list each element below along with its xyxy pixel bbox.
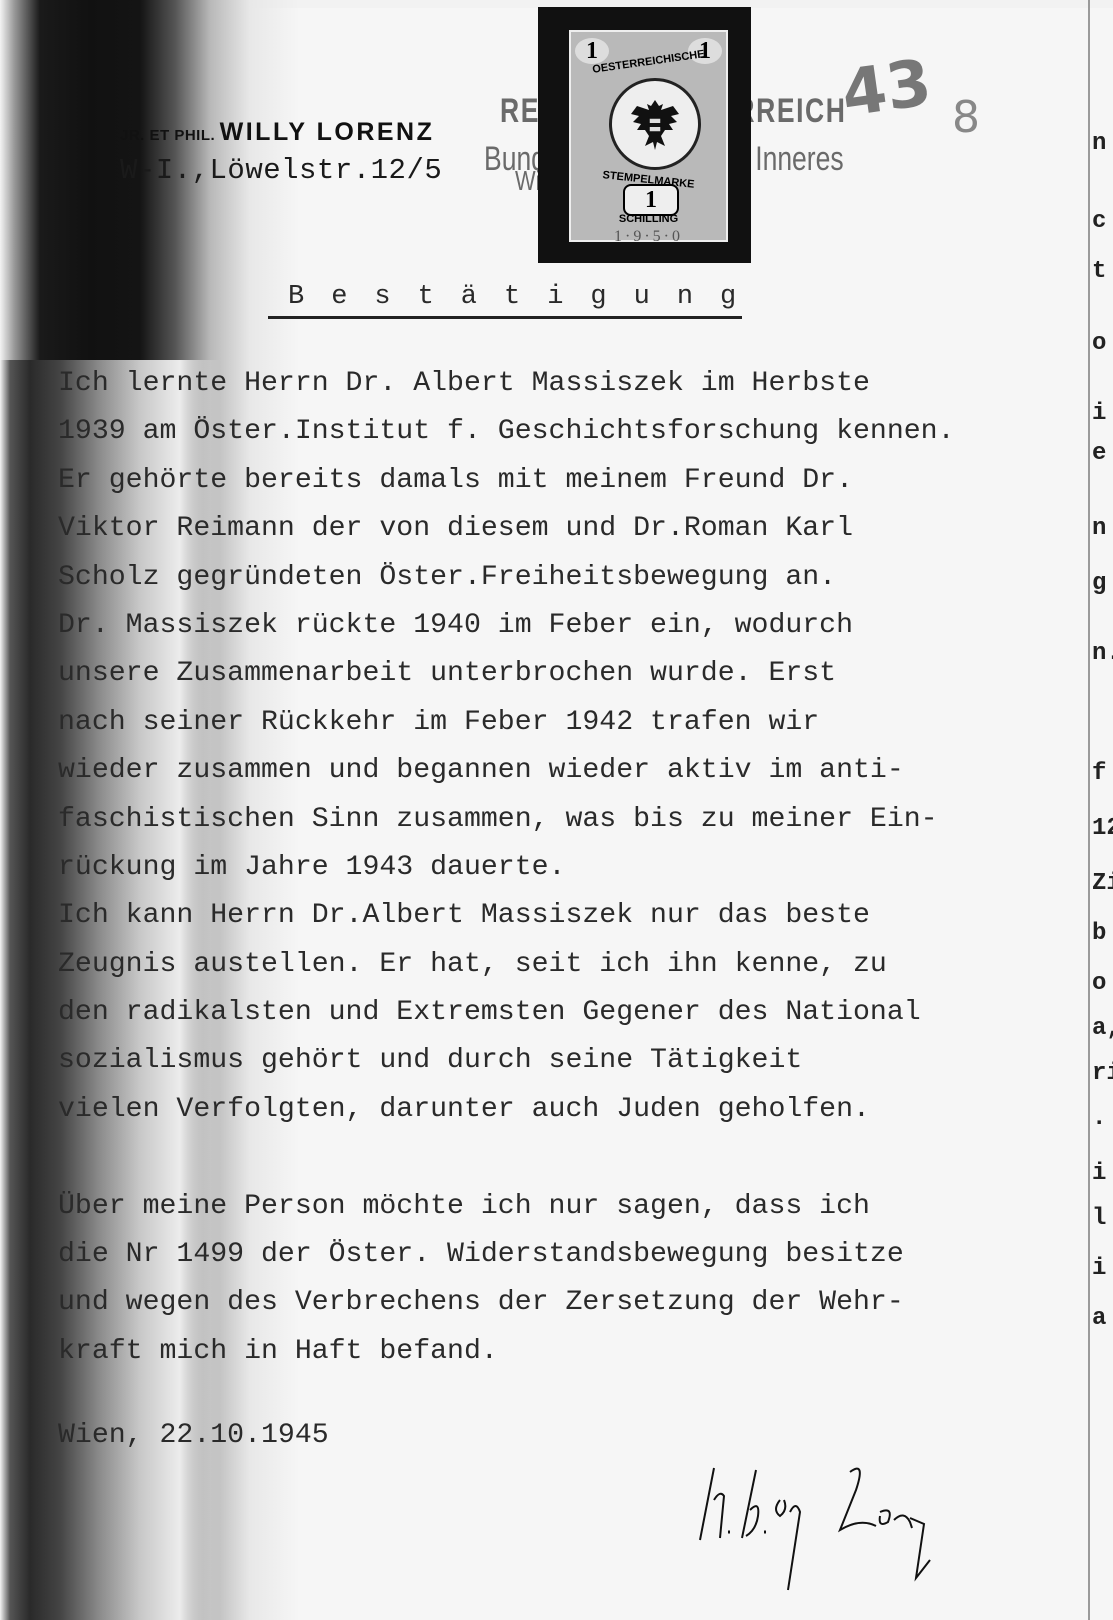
adjacent-page-char: o [1092,970,1106,997]
adjacent-page-char: o [1092,330,1106,357]
signature-icon [680,1460,980,1600]
text-line: Ich lernte Herrn Dr. Albert Massiszek im… [58,360,955,408]
letterhead-address: W-I.,Löwelstr.12/5 [120,154,442,187]
text-line: kraft mich in Haft befand. [58,1328,955,1376]
adjacent-page-char: i [1092,1160,1106,1187]
austrian-eagle-icon [627,94,683,154]
place-and-date: Wien, 22.10.1945 [58,1420,329,1451]
text-line: die Nr 1499 der Öster. Widerstandsbewegu… [58,1231,955,1279]
adjacent-page-char: i [1092,400,1106,427]
adjacent-page-char: e [1092,440,1106,467]
adjacent-page-char: 12 [1092,815,1113,842]
revenue-stamp-value: 1 [623,184,679,216]
text-line: Viktor Reimann der von diesem und Dr.Rom… [58,505,955,553]
adjacent-page-fragments: nctoiengn.f12Ziboa,ri.ilia [1092,0,1113,1620]
adjacent-page-char: f [1092,760,1106,787]
handwritten-page-number: 8 [952,92,980,143]
text-line: Zeugnis austellen. Er hat, seit ich ihn … [58,941,955,989]
page-edge-divider [1088,0,1090,1620]
adjacent-page-char: n [1092,515,1106,542]
revenue-stamp: 1 1 OESTERREICHISCHE STEMPELMARKE 1 SCHI… [541,10,748,260]
text-line: faschistischen Sinn zusammen, was bis zu… [58,796,955,844]
revenue-stamp-year: 1·9·5·0 [571,228,726,246]
adjacent-page-char: g [1092,570,1106,597]
text-line: Ich kann Herrn Dr.Albert Massiszek nur d… [58,892,955,940]
text-line: Über meine Person möchte ich nur sagen, … [58,1183,955,1231]
text-line: vielen Verfolgten, darunter auch Juden g… [58,1086,955,1134]
adjacent-page-char: b [1092,920,1106,947]
revenue-stamp-currency: SCHILLING [571,213,726,225]
adjacent-page-char: l [1092,1205,1106,1232]
text-line: Dr. Massiszek rückte 1940 im Feber ein, … [58,602,955,650]
revenue-stamp-medallion [609,78,701,170]
adjacent-page-char: c [1092,208,1106,235]
adjacent-page-char: Zi [1092,870,1113,897]
adjacent-page-char: t [1092,258,1106,285]
handwritten-folio-number: 43 [837,46,935,132]
adjacent-page-char: ri [1092,1060,1113,1087]
letterhead-person-name: WILLY LORENZ [220,118,435,146]
text-line: und wegen des Verbrechens der Zersetzung… [58,1279,955,1327]
document-title: Bestätigung [268,280,742,319]
revenue-stamp-corner-left: 1 [575,38,609,64]
text-line: sozialismus gehört und durch seine Tätig… [58,1037,955,1085]
adjacent-page-char: n [1092,130,1106,157]
document-body: Ich lernte Herrn Dr. Albert Massiszek im… [58,360,955,1376]
adjacent-page-char: . [1092,1105,1106,1132]
adjacent-page-char: a [1092,1305,1106,1332]
text-line: Er gehörte bereits damals mit meinem Fre… [58,457,955,505]
adjacent-page-char: a, [1092,1015,1113,1042]
text-line: rückung im Jahre 1943 dauerte. [58,844,955,892]
letterhead-title-prefix: JR. ET PHIL. [120,127,215,144]
text-line: Scholz gegründeten Öster.Freiheitsbewegu… [58,554,955,602]
revenue-stamp-face: 1 1 OESTERREICHISCHE STEMPELMARKE 1 SCHI… [569,30,728,242]
text-line: 1939 am Öster.Institut f. Geschichtsfors… [58,408,955,456]
text-line: wieder zusammen und begannen wieder akti… [58,747,955,795]
page-top-edge [0,0,1113,8]
adjacent-page-char: i [1092,1255,1106,1282]
adjacent-page-char: n. [1092,640,1113,667]
text-line: unsere Zusammenarbeit unterbrochen wurde… [58,650,955,698]
text-line: nach seiner Rückkehr im Feber 1942 trafe… [58,699,955,747]
text-line: den radikalsten und Extremsten Gegener d… [58,989,955,1037]
letterhead-name: JR. ET PHIL. WILLY LORENZ [120,118,434,147]
paragraph-gap [58,1134,955,1182]
